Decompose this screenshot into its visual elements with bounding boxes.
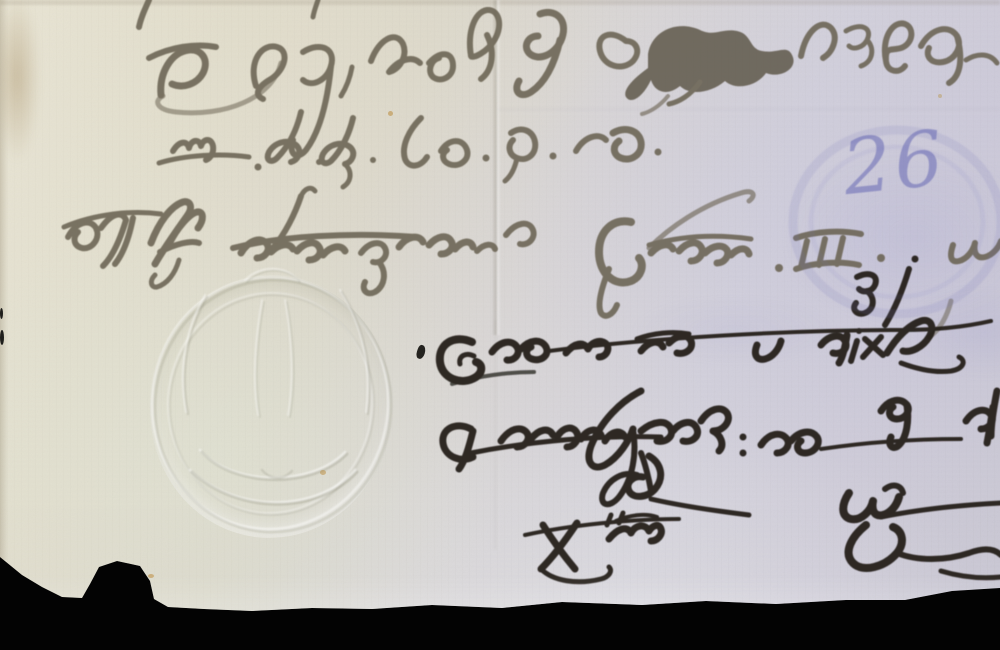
photograph-of-manuscript: 26 [0, 0, 1000, 650]
edge-nick [0, 330, 4, 345]
terminal-flourish [849, 525, 902, 568]
blue-pencil-number: 26 [839, 113, 950, 212]
torn-edge-highlight [0, 574, 1000, 614]
ink-blot [625, 26, 793, 100]
foxing-speck [320, 470, 326, 475]
edge-nick [0, 308, 3, 319]
handwriting-dark-ink [440, 256, 1000, 582]
foxing-speck [388, 111, 393, 116]
handwriting-layer [0, 0, 1000, 650]
paper-fragment: 26 [0, 0, 1000, 650]
foxing-speck [938, 94, 942, 98]
